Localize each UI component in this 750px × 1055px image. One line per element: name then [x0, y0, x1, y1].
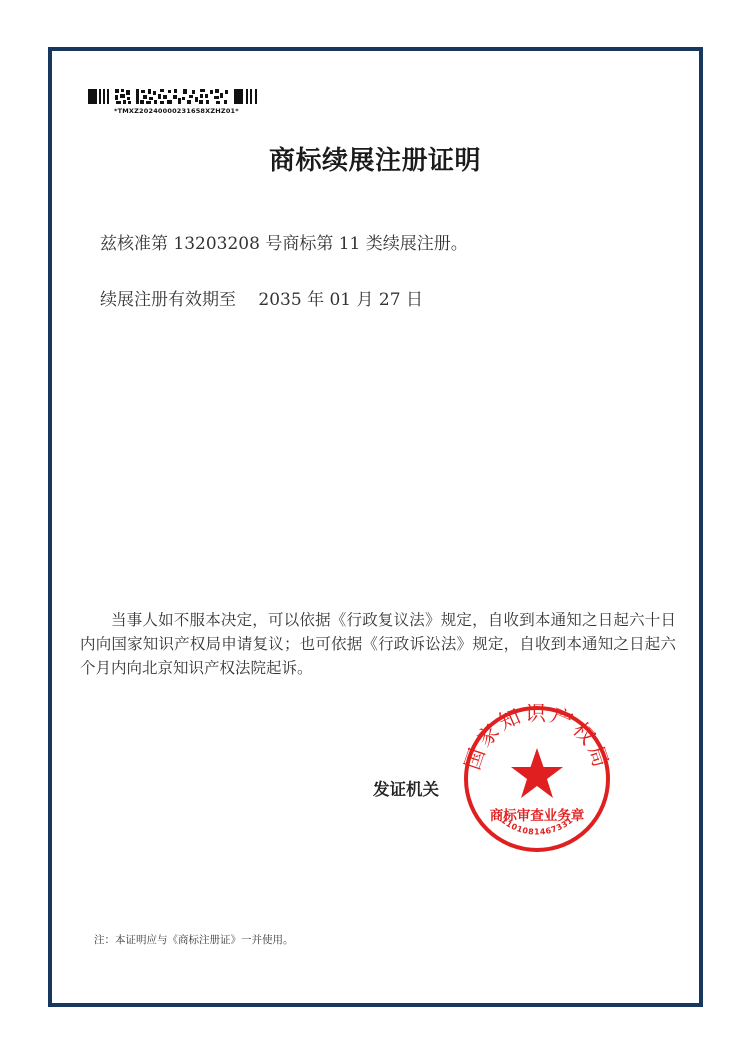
page-title: 商标续展注册证明	[0, 140, 750, 177]
approval-statement: 兹核准第 13203208 号商标第 11 类续展注册。	[100, 229, 468, 254]
validity-statement: 续展注册有效期至 2035 年 01 月 27 日	[100, 285, 423, 310]
appeal-notice: 当事人如不服本决定，可以依据《行政复议法》规定，自收到本通知之日起六十日内向国家…	[80, 608, 676, 680]
document-border	[48, 47, 703, 1007]
barcode-icon	[88, 88, 278, 106]
barcode-number: *TMXZ20240000231658XZHZ01*	[114, 107, 239, 115]
issuer-label: 发证机关	[373, 776, 439, 800]
footnote: 注：本证明应与《商标注册证》一并使用。	[94, 932, 294, 947]
official-seal-icon: 国家知识产权局 商标审查业务章 1101081467331	[462, 704, 612, 854]
